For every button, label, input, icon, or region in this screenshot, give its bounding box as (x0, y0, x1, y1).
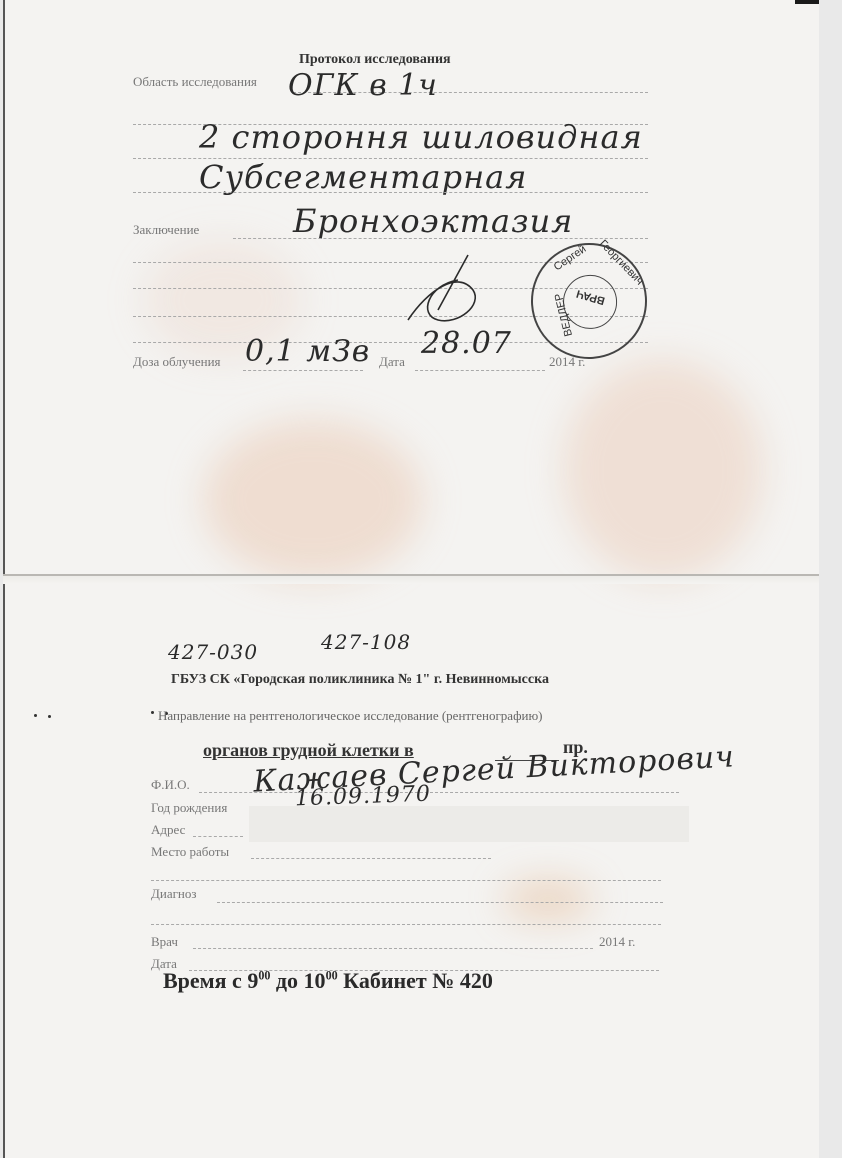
diagnosis-label: Диагноз (151, 886, 197, 902)
protocol-year: 2014 г. (549, 354, 585, 370)
handwritten-code-1: 427-030 (168, 640, 258, 664)
area-handwritten-value: ОГК в 1ч (288, 68, 438, 103)
stain (203, 420, 423, 580)
scan-edge-mark (795, 0, 819, 4)
birth-label: Год рождения (151, 800, 227, 816)
appointment-time-line: Время с 900 до 1000 Кабинет № 420 (163, 968, 493, 994)
stain (563, 360, 763, 580)
handwritten-line-3: Бронхоэктазия (293, 202, 573, 240)
scanned-document: Протокол исследования Область исследован… (3, 0, 819, 1158)
fio-label: Ф.И.О. (151, 777, 190, 793)
redacted-address (249, 806, 689, 842)
address-label: Адрес (151, 822, 185, 838)
conclusion-label: Заключение (133, 222, 199, 238)
dose-label: Доза облучения (133, 354, 221, 370)
doctor-year: 2014 г. (599, 934, 635, 950)
signature (398, 250, 508, 330)
stain (503, 880, 593, 920)
handwritten-line-2: Субсегментарная (199, 158, 527, 196)
protocol-date-value: 28.07 (421, 326, 512, 361)
area-label: Область исследования (133, 74, 257, 90)
work-label: Место работы (151, 844, 229, 860)
handwritten-code-2: 427-108 (321, 630, 411, 654)
doctor-label: Врач (151, 934, 178, 950)
institution-name: ГБУЗ СК «Городская поликлиника № 1" г. Н… (171, 672, 549, 688)
handwritten-line-1: 2 стороння шиловидная (199, 118, 643, 156)
dose-handwritten-value: 0,1 мЗв (245, 334, 370, 369)
protocol-title: Протокол исследования (299, 52, 451, 68)
protocol-date-label: Дата (379, 354, 405, 370)
doctor-stamp: Сергей Георгиевич ВЕДЛЕР ВРАЧ (527, 239, 651, 363)
referral-subtitle: Направление на рентгенологическое исслед… (158, 708, 543, 724)
